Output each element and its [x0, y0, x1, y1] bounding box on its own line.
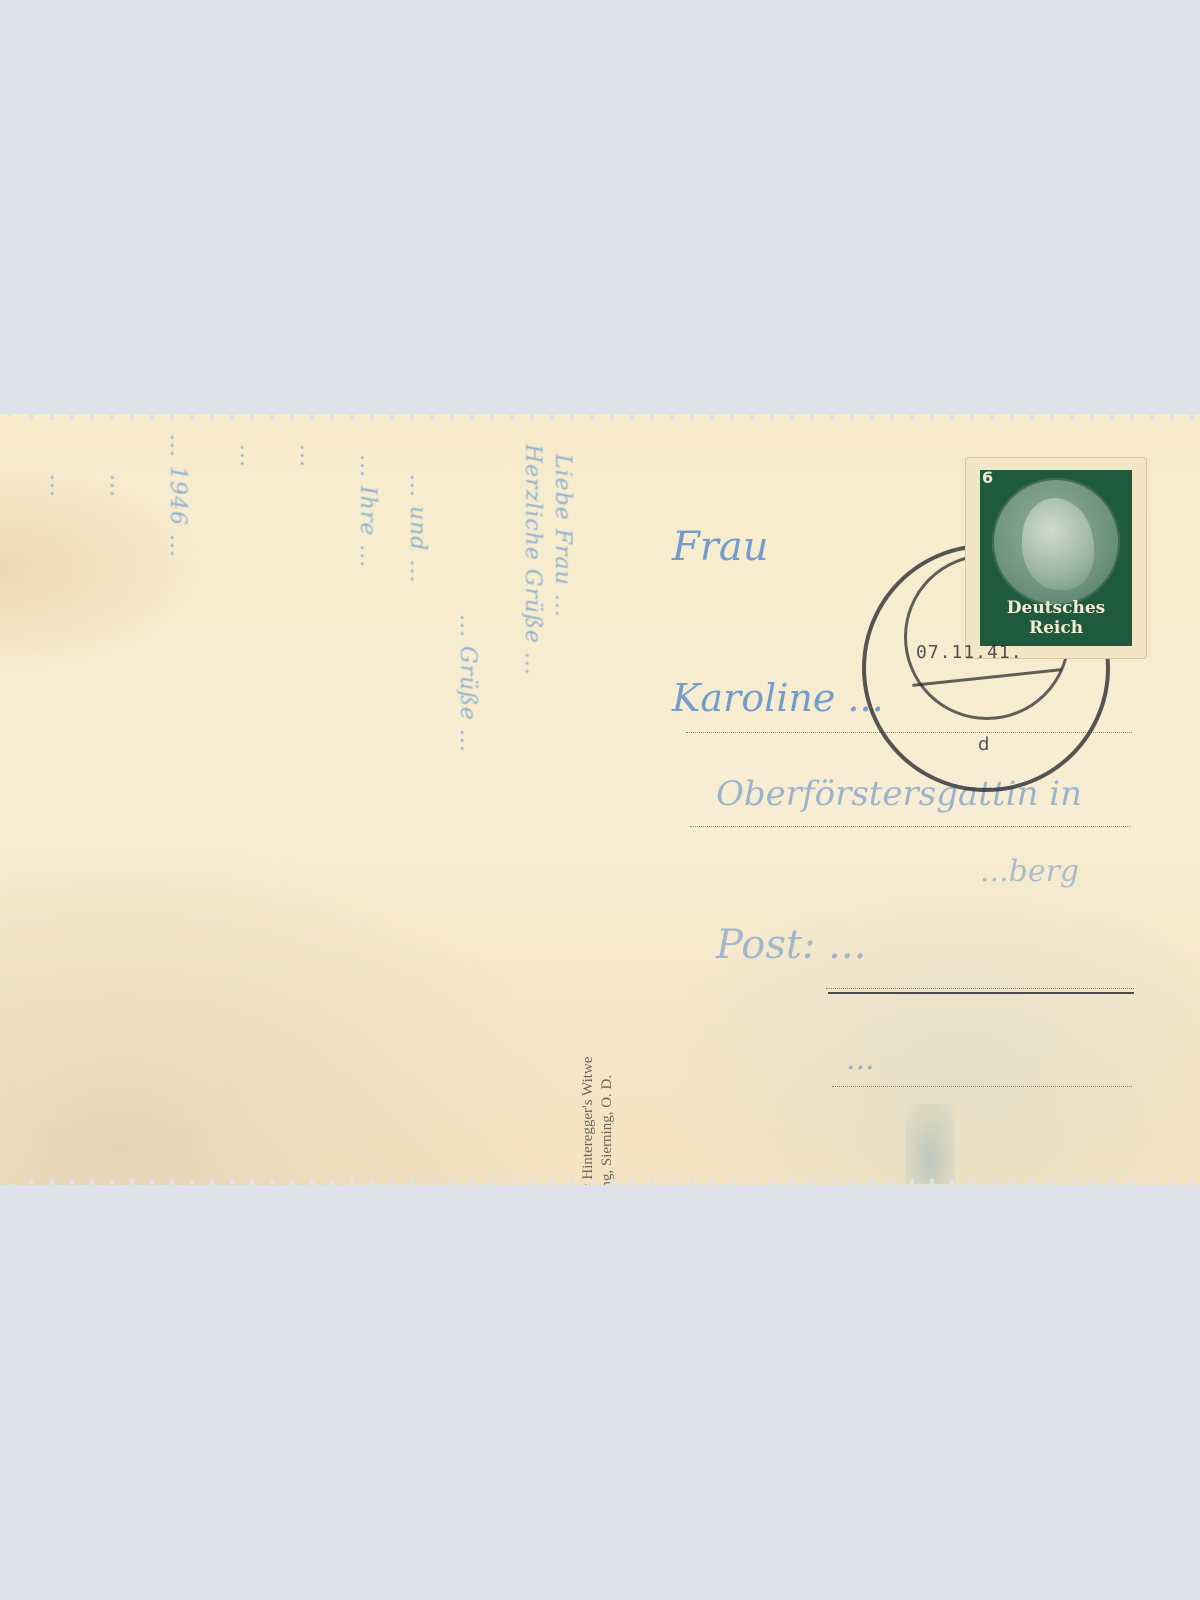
handwritten-message: Liebe Frau ... Herzliche Grüße ... ... G…: [0, 414, 580, 1185]
stamp-design: 6 Deutsches Reich: [980, 470, 1132, 646]
message-column: ...: [105, 474, 130, 498]
message-column: ... 1946 ...: [165, 434, 190, 558]
address-place: ...berg: [980, 854, 1079, 889]
message-column: Liebe Frau ...: [550, 454, 575, 618]
address-line-3: [826, 988, 1134, 989]
message-column: ...: [45, 474, 70, 498]
address-line-4: [832, 1086, 1132, 1087]
address-line-2: [690, 826, 1130, 827]
message-column: Herzliche Grüße ...: [520, 444, 545, 676]
stamp-denomination: 6: [982, 468, 993, 487]
message-column: ... und ...: [405, 474, 430, 583]
address-salutation: Frau: [672, 524, 768, 570]
address-post: Post: ...: [716, 922, 866, 968]
portrait-medallion-icon: [992, 478, 1120, 606]
imprint-line-2: Buch- u. Papierhandlung, Sierning, O. D.: [598, 1057, 617, 1185]
message-column: ...: [235, 444, 260, 468]
postcard-back: Liebe Frau ... Herzliche Grüße ... ... G…: [0, 414, 1200, 1185]
address-name: Karoline ...: [672, 676, 884, 720]
address-underline: [828, 992, 1134, 994]
message-column: ... Grüße ...: [455, 614, 480, 753]
address-region: ...: [846, 1042, 875, 1077]
message-column: ... Ihre ...: [355, 454, 380, 568]
portrait-head-icon: [1022, 498, 1094, 590]
publisher-imprint: Eigentum u. Verlag: Franz Hinteregger's …: [579, 1057, 617, 1185]
deckled-edge-bottom: [0, 1179, 1200, 1185]
imprint-line-1: Eigentum u. Verlag: Franz Hinteregger's …: [579, 1057, 598, 1185]
stamp-country-label: Deutsches Reich: [980, 598, 1132, 638]
water-stain: [905, 1104, 955, 1184]
postage-stamp: 6 Deutsches Reich: [966, 458, 1146, 658]
postmark-letter: d: [978, 734, 989, 755]
message-column: ...: [295, 444, 320, 468]
postmark-date: 07.11.41.: [916, 642, 1023, 663]
